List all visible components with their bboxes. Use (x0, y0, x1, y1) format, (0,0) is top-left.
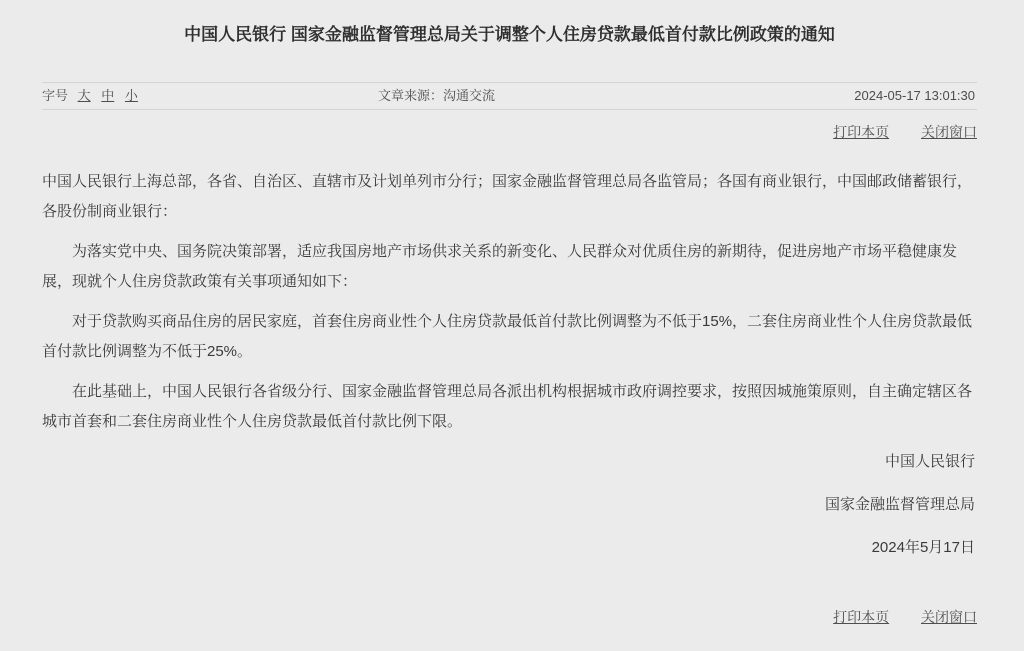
font-size-large-link[interactable]: 大 (78, 88, 91, 103)
print-page-link[interactable]: 打印本页 (833, 124, 889, 140)
font-size-small-link[interactable]: 小 (125, 88, 138, 103)
font-size-label: 字号 (42, 88, 68, 103)
font-size-group: 字号 大 中 小 (42, 83, 145, 109)
font-size-medium-link[interactable]: 中 (101, 88, 114, 103)
close-window-link[interactable]: 关闭窗口 (921, 609, 977, 625)
signature-org-nfra: 国家金融监督管理总局 (42, 490, 977, 520)
article-paragraph-ratios: 对于贷款购买商品住房的居民家庭，首套住房商业性个人住房贷款最低首付款比例调整为不… (42, 307, 977, 367)
article-paragraph-local-policy: 在此基础上，中国人民银行各省级分行、国家金融监督管理总局各派出机构根据城市政府调… (42, 377, 977, 437)
toolbar: 字号 大 中 小 文章来源：沟通交流 2024-05-17 13:01:30 (42, 82, 977, 110)
print-page-link[interactable]: 打印本页 (833, 609, 889, 625)
article-paragraph-purpose: 为落实党中央、国务院决策部署，适应我国房地产市场供求关系的新变化、人民群众对优质… (42, 237, 977, 297)
signature-org-pboc: 中国人民银行 (42, 447, 977, 477)
article-source: 文章来源：沟通交流 (378, 83, 495, 109)
page-title: 中国人民银行 国家金融监督管理总局关于调整个人住房贷款最低首付款比例政策的通知 (42, 24, 977, 46)
notice-page: 中国人民银行 国家金融监督管理总局关于调整个人住房贷款最低首付款比例政策的通知 … (0, 24, 1024, 626)
close-window-link[interactable]: 关闭窗口 (921, 124, 977, 140)
publish-datetime: 2024-05-17 13:01:30 (854, 83, 975, 109)
article-paragraph-salutation: 中国人民银行上海总部，各省、自治区、直辖市及计划单列市分行；国家金融监督管理总局… (42, 167, 977, 227)
article-body: 中国人民银行上海总部，各省、自治区、直辖市及计划单列市分行；国家金融监督管理总局… (42, 167, 977, 563)
signature-date: 2024年5月17日 (42, 533, 977, 563)
bottom-action-links: 打印本页 关闭窗口 (42, 609, 977, 626)
top-action-links: 打印本页 关闭窗口 (42, 124, 977, 141)
